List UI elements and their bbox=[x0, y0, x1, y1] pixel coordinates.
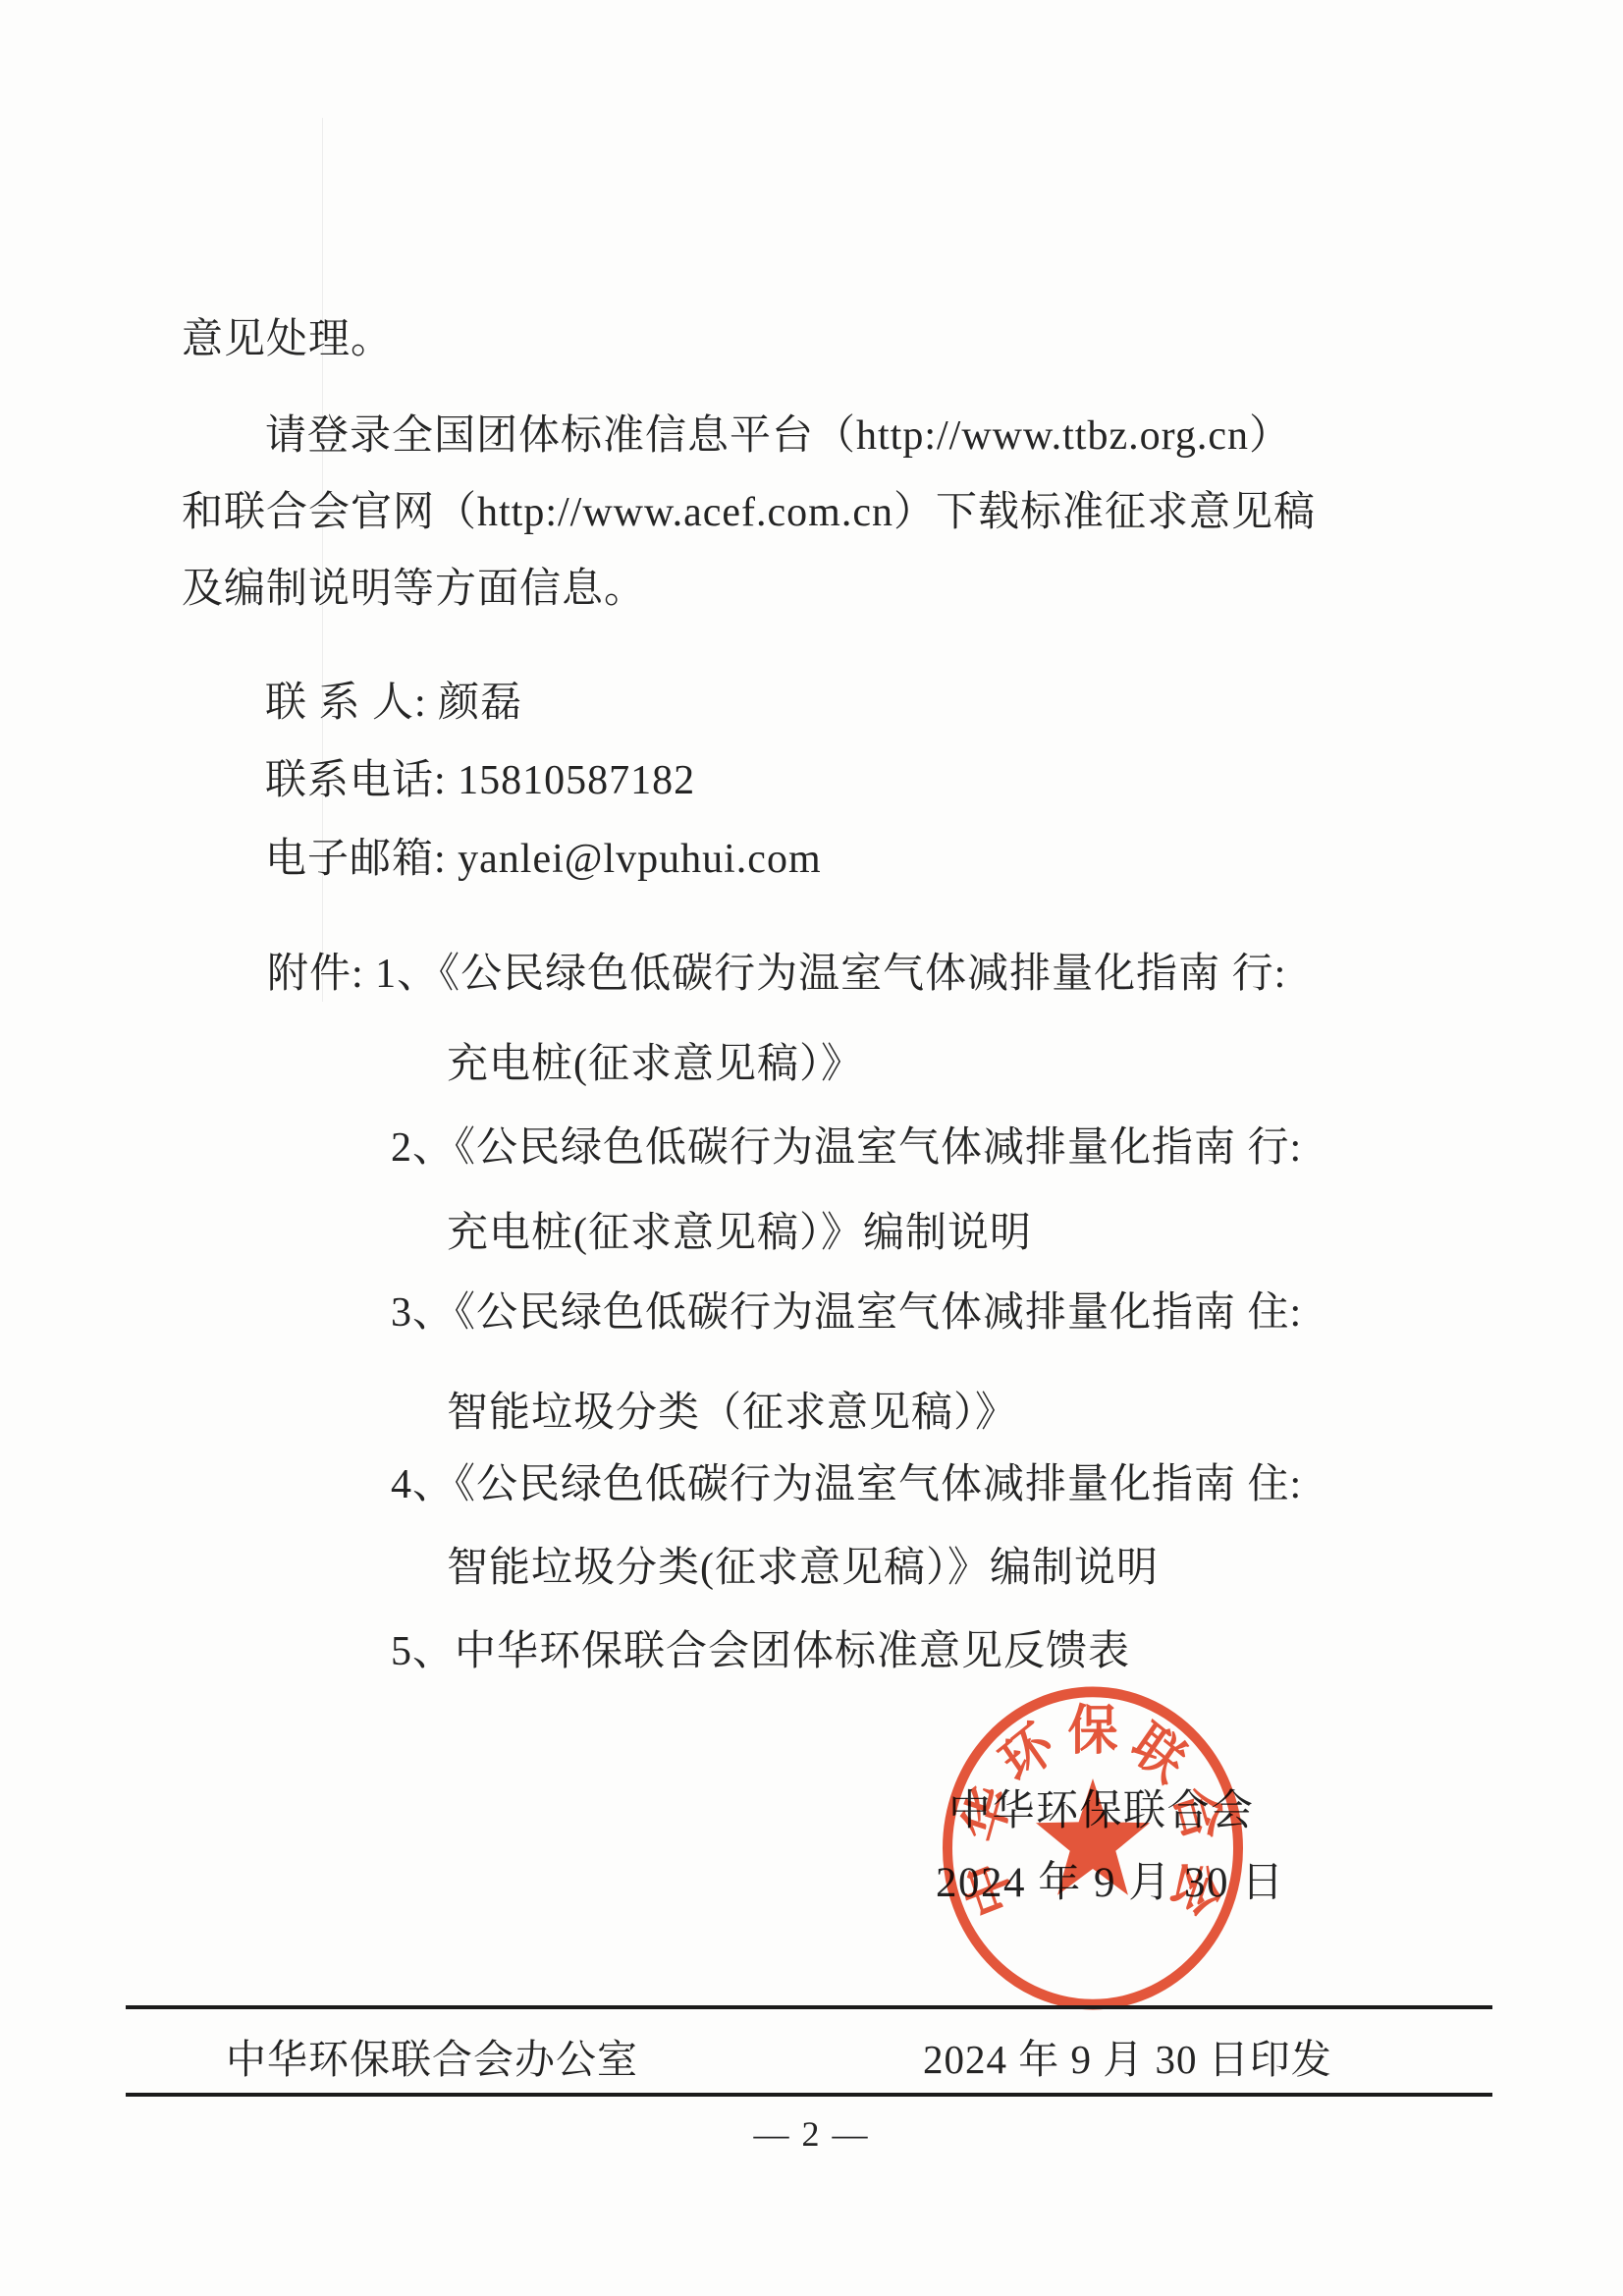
attachment-item3-title: 3、《公民绿色低碳行为温室气体减排量化指南 住: bbox=[391, 1289, 1302, 1337]
document-page: 意见处理。 请登录全国团体标准信息平台（http://www.ttbz.org.… bbox=[0, 0, 1623, 2296]
attachment-label-and-item1: 附件: 1、《公民绿色低碳行为温室气体减排量化指南 行: bbox=[267, 951, 1286, 998]
footer-office: 中华环保联合会办公室 bbox=[226, 2027, 638, 2085]
contact-phone-line: 联系电话: 15810587182 bbox=[265, 757, 695, 804]
contact-email-line: 电子邮箱: yanlei@lvpuhui.com bbox=[265, 836, 822, 883]
paragraph-line: 请登录全国团体标准信息平台（http://www.ttbz.org.cn） bbox=[265, 412, 1291, 460]
attachment-item2-wrap: 充电桩(征求意见稿）》编制说明 bbox=[447, 1210, 1032, 1257]
page-number: — 2 — bbox=[0, 2113, 1623, 2155]
attachment-item4-wrap: 智能垃圾分类(征求意见稿）》编制说明 bbox=[447, 1545, 1159, 1592]
paragraph-line: 和联合会官网（http://www.acef.com.cn）下载标准征求意见稿 bbox=[182, 489, 1316, 536]
footer-bottom-rule bbox=[126, 2093, 1492, 2097]
seal-arc-char: 华 bbox=[954, 1780, 1022, 1849]
paragraph-end-line: 意见处理。 bbox=[182, 316, 393, 363]
attachment-item2-title: 2、《公民绿色低碳行为温室气体减排量化指南 行: bbox=[391, 1124, 1302, 1172]
attachment-item5-title: 5、中华环保联合会团体标准意见反馈表 bbox=[391, 1628, 1130, 1675]
attachment-item3-wrap: 智能垃圾分类（征求意见稿）》 bbox=[447, 1390, 1017, 1437]
footer-top-rule bbox=[126, 2005, 1492, 2009]
paragraph-line: 及编制说明等方面信息。 bbox=[182, 566, 646, 613]
seal-arc-char: 保 bbox=[1067, 1701, 1117, 1761]
attachment-item1-wrap: 充电桩(征求意见稿）》 bbox=[447, 1041, 863, 1088]
contact-person-line: 联 系 人: 颜磊 bbox=[265, 680, 522, 727]
official-seal: 中 华 环 保 联 合 会 bbox=[936, 1679, 1250, 2017]
attachment-item4-title: 4、《公民绿色低碳行为温室气体减排量化指南 住: bbox=[391, 1461, 1302, 1508]
seal-arc-char: 合 bbox=[1163, 1780, 1231, 1849]
footer-issue-date: 2024 年 9 月 30 日印发 bbox=[923, 2027, 1332, 2085]
seal-star bbox=[1036, 1778, 1150, 1895]
